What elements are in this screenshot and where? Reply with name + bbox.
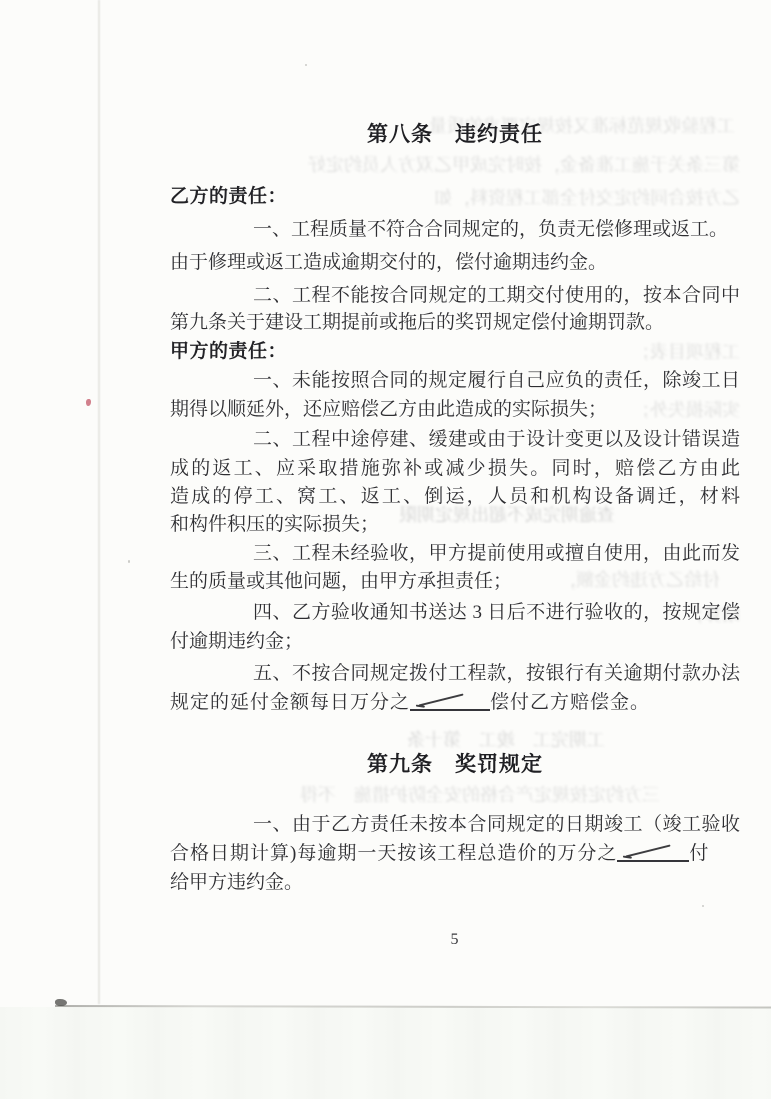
red-ink-speck [86,399,91,406]
page-number: 5 [170,931,740,949]
clause-line: 二、工程中途停建、缓建或由于设计变更以及设计错误造 [170,424,740,450]
fill-in-blank [617,842,689,862]
clause-line: 由于修理或返工造成逾期交付的，偿付逾期违约金。 [170,247,740,273]
clause-line-with-blank: 规定的延付金额每日万分之偿付乙方赔偿金。 [170,687,740,713]
scanned-contract-page: 工程验收规范标准又按规定要求的质量 第三条关于施工准备金，按时完成甲乙双方人员约… [0,0,771,1099]
clause-line: 第九条关于建设工期提前或拖后的奖罚规定偿付逾期罚款。 [170,307,740,333]
dust-speck [128,560,130,563]
clause-line: 三、工程未经验收，甲方提前使用或擅自使用，由此而发 [170,538,740,564]
clause-line: 四、乙方验收通知书送达 3 日后不进行验收的，按规定偿 [170,597,740,623]
fill-in-blank [410,691,490,711]
contract-text-column: 第八条 违约责任 乙方的责任： 一、工程质量不符合合同规定的，负责无偿修理或返工… [170,0,740,1099]
paper-fold-line [98,0,100,1004]
clause-text: 付 [689,843,709,864]
clause-text: 规定的延付金额每日万分之 [170,692,410,713]
clause-line: 一、由于乙方责任未按本合同规定的日期竣工（竣工验收 [170,809,740,835]
scan-smudge [55,999,67,1006]
clause-line: 造成的停工、窝工、返工、倒运，人员和机构设备调迁，材料 [170,481,740,507]
party-a-liability-heading: 甲方的责任： [170,336,740,362]
clause-line: 成的返工、应采取措施弥补或减少损失。同时，赔偿乙方由此 [170,453,740,479]
party-b-liability-heading: 乙方的责任： [170,181,740,207]
clause-text: 合格日期计算)每逾期一天按该工程总造价的万分之 [170,843,617,864]
article-8-title: 第八条 违约责任 [170,118,740,148]
clause-text: 偿付乙方赔偿金。 [490,692,650,713]
clause-line: 一、工程质量不符合合同规定的，负责无偿修理或返工。 [170,214,740,240]
clause-line-with-blank: 合格日期计算)每逾期一天按该工程总造价的万分之付 [170,838,740,864]
handwritten-slash-mark [626,844,671,857]
clause-line: 生的质量或其他问题，由甲方承担责任； [170,566,740,592]
clause-line: 二、工程不能按合同规定的工期交付使用的，按本合同中 [170,280,740,306]
clause-line: 给甲方违约金。 [170,867,740,893]
clause-line: 付逾期违约金； [170,626,740,652]
article-9-title: 第九条 奖罚规定 [170,748,740,778]
clause-line: 五、不按合同规定拨付工程款，按银行有关逾期付款办法 [170,658,740,684]
clause-line: 和构件积压的实际损失； [170,509,740,535]
clause-line: 一、未能按照合同的规定履行自己应负的责任，除竣工日 [170,365,740,391]
handwritten-slash-mark [418,693,463,706]
clause-line: 期得以顺延外，还应赔偿乙方由此造成的实际损失； [170,394,740,420]
